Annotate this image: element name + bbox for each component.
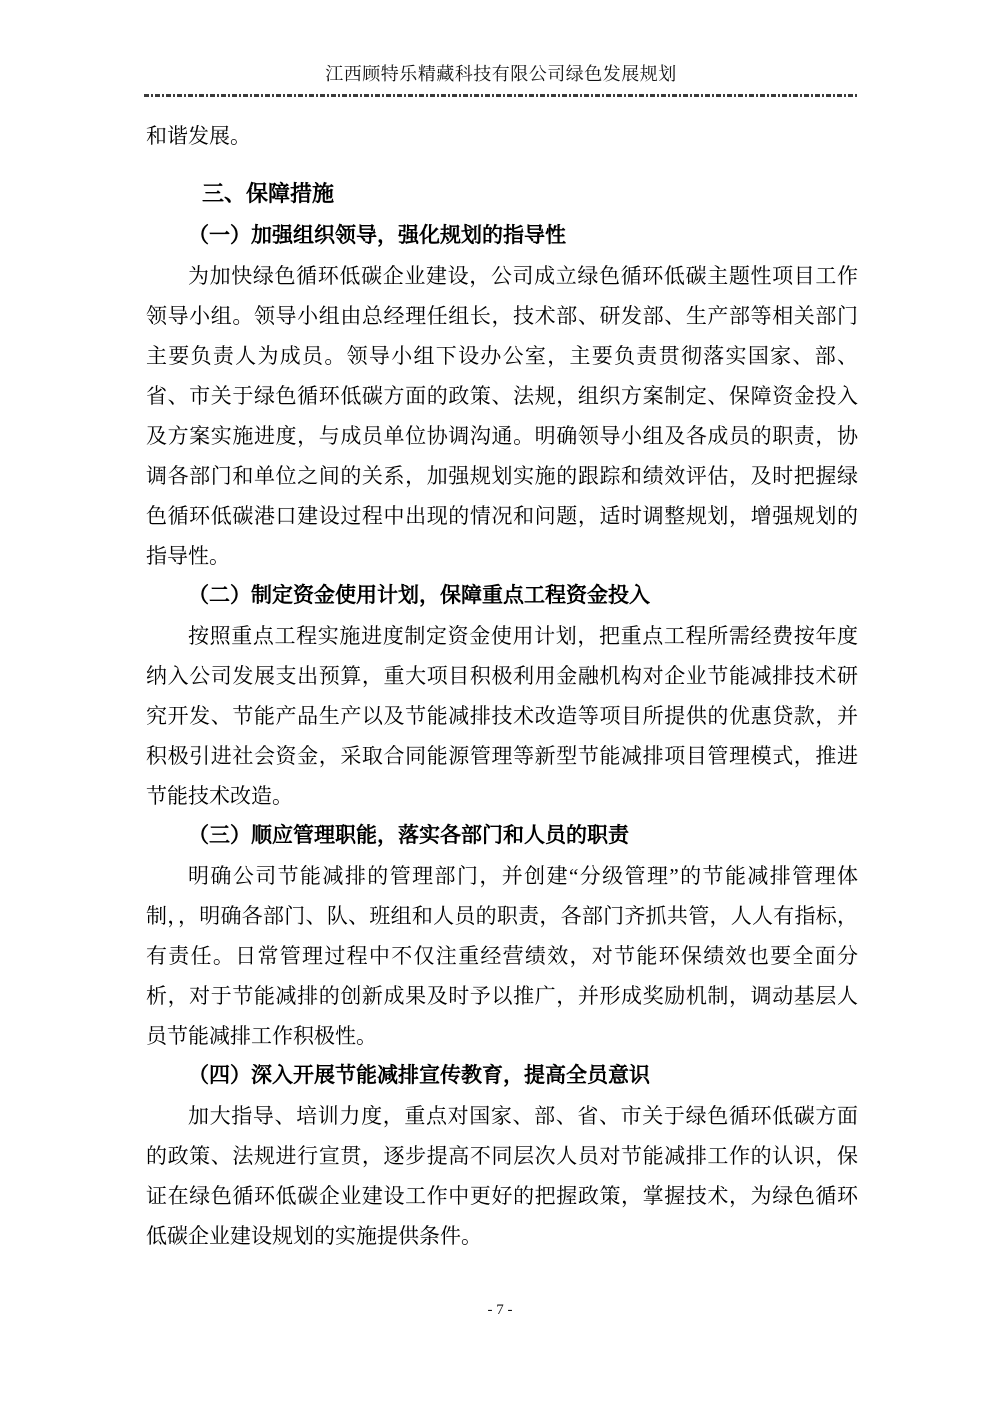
- subsection-3-heading: （三）顺应管理职能，落实各部门和人员的职责: [146, 816, 858, 856]
- document-page: 江西顾特乐精藏科技有限公司绿色发展规划 和谐发展。 三、保障措施 （一）加强组织…: [0, 0, 1000, 1414]
- page-number: - 7 -: [0, 1298, 1000, 1322]
- subsection-2-heading: （二）制定资金使用计划，保障重点工程资金投入: [146, 576, 858, 616]
- header-title: 江西顾特乐精藏科技有限公司绿色发展规划: [145, 61, 857, 87]
- lead-paragraph: 和谐发展。: [146, 116, 858, 156]
- header-divider-rule: [144, 94, 858, 97]
- subsection-1-paragraph: 为加快绿色循环低碳企业建设，公司成立绿色循环低碳主题性项目工作领导小组。领导小组…: [146, 256, 858, 576]
- document-body: 和谐发展。 三、保障措施 （一）加强组织领导，强化规划的指导性 为加快绿色循环低…: [146, 116, 858, 1256]
- subsection-2-paragraph: 按照重点工程实施进度制定资金使用计划，把重点工程所需经费按年度纳入公司发展支出预…: [146, 616, 858, 816]
- section-heading: 三、保障措施: [146, 174, 858, 214]
- subsection-1-heading: （一）加强组织领导，强化规划的指导性: [146, 216, 858, 256]
- subsection-3-paragraph: 明确公司节能减排的管理部门，并创建“分级管理”的节能减排管理体制，，明确各部门、…: [146, 856, 858, 1056]
- subsection-4-heading: （四）深入开展节能减排宣传教育，提高全员意识: [146, 1056, 858, 1096]
- subsection-4-paragraph: 加大指导、培训力度，重点对国家、部、省、市关于绿色循环低碳方面的政策、法规进行宣…: [146, 1096, 858, 1256]
